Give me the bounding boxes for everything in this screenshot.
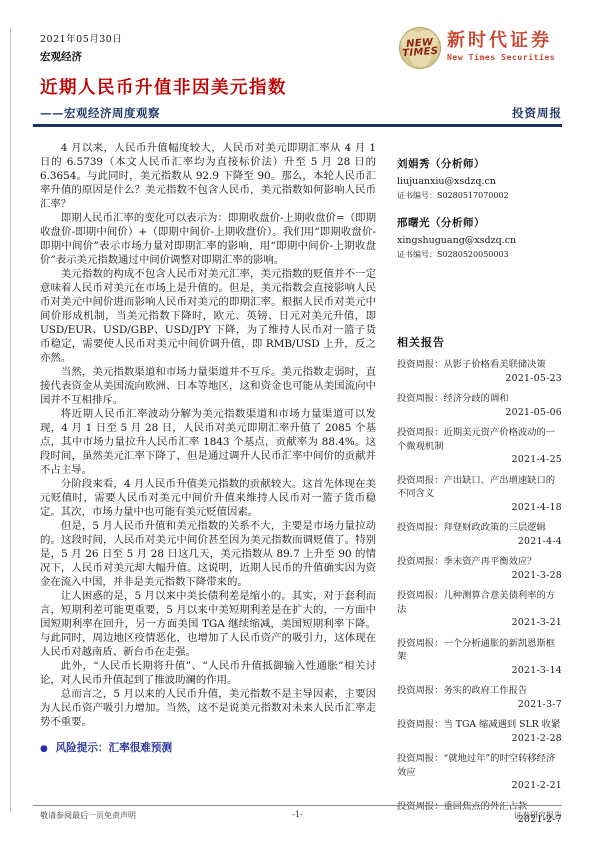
logo-name-en: New Times Securities	[447, 53, 555, 62]
related-report-date: 2021-05-06	[397, 406, 562, 420]
body-paragraph: 当然，美元指数渠道和市场力量渠道并不互斥。美元指数走弱时，直接代表资金从美国流向…	[40, 365, 376, 407]
report-body: 4 月以来，人民币升值幅度较大，人民币对美元即期汇率从 4 月 1 日的 6.5…	[40, 141, 376, 755]
company-logo: NEW TIMES 新时代证券 New Times Securities	[399, 27, 555, 69]
body-paragraph: 美元指数的构成不包含人民币对美元汇率，美元指数的贬值并不一定意味着人民币对美元在…	[40, 267, 376, 365]
related-report-title: 投资周报：务实的政府工作报告	[397, 684, 562, 698]
related-report-date: 2021-4-4	[397, 535, 562, 549]
related-report-title: 投资周报：一个分析通胀的新凯恩斯框架	[397, 637, 562, 664]
logo-name-cn: 新时代证券	[447, 31, 555, 51]
related-report-title: 投资周报：“就地过年”的时空转移经济效应	[397, 752, 562, 779]
analyst-cert-number: 证书编号：S0280517070002	[397, 190, 562, 201]
related-report-item: 投资周报：几种测算合意美债利率的方法 2021-3-21	[397, 589, 562, 630]
related-report-date: 2021-2-21	[397, 779, 562, 793]
header-divider	[33, 124, 562, 127]
related-report-date: 2021-3-28	[397, 569, 562, 583]
related-report-title: 投资周报：当 TGA 缩减遇到 SLR 收紧	[397, 718, 562, 732]
related-report-item: 投资周报：从影子价格看美联储决策 2021-05-23	[397, 358, 562, 385]
related-report-title: 投资周报：经济分歧的调和	[397, 392, 562, 406]
analyst-email[interactable]: liujuanxiu@xsdzq.cn	[397, 176, 562, 187]
new-times-badge-icon: NEW TIMES	[398, 26, 443, 71]
footer-divider	[33, 805, 562, 806]
related-report-item: 投资周报：“就地过年”的时空转移经济效应 2021-2-21	[397, 752, 562, 793]
related-report-date: 2021-3-14	[397, 664, 562, 678]
related-reports-heading: 相关报告	[397, 334, 562, 350]
related-report-item: 投资周报：产出缺口、产出增速缺口的不同含义 2021-4-18	[397, 474, 562, 515]
page-left-border	[10, 28, 11, 812]
related-report-item: 投资周报：拜登财政政策的三层逻辑 2021-4-4	[397, 521, 562, 548]
related-report-item: 投资周报：当 TGA 缩减遇到 SLR 收紧 2021-2-28	[397, 718, 562, 745]
related-report-item: 投资周报：近期美元资产价格波动的一个微观机制 2021-4-25	[397, 426, 562, 467]
footer-report-type: 证券研究报告	[514, 810, 562, 821]
badge-text-line2: TIMES	[402, 47, 439, 58]
related-report-date: 2021-05-23	[397, 372, 562, 386]
subtitle-row: ——宏观经济周度观察 投资周报	[40, 105, 562, 121]
related-report-date: 2021-2-28	[397, 732, 562, 746]
analyst-name: 邢曙光（分析师）	[397, 215, 562, 230]
related-reports-section: 相关报告 投资周报：从影子价格看美联储决策 2021-05-23 投资周报：经济…	[397, 334, 562, 827]
related-report-title: 投资周报：拜登财政政策的三层逻辑	[397, 521, 562, 535]
related-report-date: 2021-4-25	[397, 453, 562, 467]
related-report-date: 2021-3-7	[397, 698, 562, 712]
risk-note-text: 风险提示：汇率很难预测	[56, 742, 173, 754]
related-report-title: 投资周报：近期美元资产价格波动的一个微观机制	[397, 426, 562, 453]
report-type-label: 投资周报	[512, 105, 562, 121]
related-report-title: 投资周报：从影子价格看美联储决策	[397, 358, 562, 372]
report-sidebar: 刘娟秀（分析师） liujuanxiu@xsdzq.cn 证书编号：S02805…	[397, 156, 562, 834]
report-page: 2021年05月30日 宏观经济 NEW TIMES 新时代证券 New Tim…	[0, 0, 595, 842]
related-report-title: 投资周报：产出缺口、产出增速缺口的不同含义	[397, 474, 562, 501]
risk-note: ● 风险提示：汇率很难预测	[40, 740, 376, 755]
body-paragraph: 让人困惑的是，5 月以来中美长债利差是缩小的。其实，对于套利而言，短期利差可能更…	[40, 589, 376, 659]
report-title: 近期人民币升值非因美元指数	[40, 74, 287, 99]
body-paragraph: 但是，5 月人民币升值和美元指数的关系不大，主要是市场力量拉动的。这段时间，人民…	[40, 519, 376, 589]
related-report-title: 投资周报：几种测算合意美债利率的方法	[397, 589, 562, 616]
analyst-cert-number: 证书编号：S0280520050003	[397, 249, 562, 260]
related-reports-list: 投资周报：从影子价格看美联储决策 2021-05-23 投资周报：经济分歧的调和…	[397, 358, 562, 827]
report-date: 2021年05月30日	[40, 31, 122, 45]
body-paragraph: 将近期人民币汇率波动分解为美元指数渠道和市场力量渠道可以发现，4 月 1 日至 …	[40, 407, 376, 477]
analyst-block: 邢曙光（分析师） xingshuguang@xsdzq.cn 证书编号：S028…	[397, 215, 562, 260]
related-report-date: 2021-4-18	[397, 501, 562, 515]
analyst-email[interactable]: xingshuguang@xsdzq.cn	[397, 235, 562, 246]
analyst-name: 刘娟秀（分析师）	[397, 156, 562, 171]
body-paragraph: 4 月以来，人民币升值幅度较大，人民币对美元即期汇率从 4 月 1 日的 6.5…	[40, 141, 376, 211]
related-report-item: 投资周报：经济分歧的调和 2021-05-06	[397, 392, 562, 419]
related-report-item: 投资周报：一个分析通胀的新凯恩斯框架 2021-3-14	[397, 637, 562, 678]
body-paragraph: 即期人民币汇率的变化可以表示为：即期收盘价-上期收盘价=（即期收盘价-即期中间价…	[40, 211, 376, 267]
report-category: 宏观经济	[40, 49, 82, 64]
body-paragraph: 此外，“人民币长期将升值”、“人民币升值抵御输入性通胀”相关讨论，对人民币升值起…	[40, 659, 376, 687]
report-subtitle: ——宏观经济周度观察	[40, 105, 160, 121]
related-report-date: 2021-3-21	[397, 616, 562, 630]
body-paragraphs: 4 月以来，人民币升值幅度较大，人民币对美元即期汇率从 4 月 1 日的 6.5…	[40, 141, 376, 729]
analyst-block: 刘娟秀（分析师） liujuanxiu@xsdzq.cn 证书编号：S02805…	[397, 156, 562, 201]
related-report-title: 投资周报：季末资产再平衡效应？	[397, 555, 562, 569]
page-number: -1-	[0, 810, 595, 819]
body-paragraph: 总而言之，5 月以来的人民币升值，美元指数不是主导因素，主要因为人民币资产吸引力…	[40, 687, 376, 729]
body-paragraph: 分阶段来看，4 月人民币升值美元指数的贡献较大。这首先体现在美元贬值时，需要人民…	[40, 477, 376, 519]
related-report-item: 投资周报：务实的政府工作报告 2021-3-7	[397, 684, 562, 711]
related-report-item: 投资周报：季末资产再平衡效应？ 2021-3-28	[397, 555, 562, 582]
logo-wordmark: 新时代证券 New Times Securities	[447, 27, 555, 62]
bullet-icon: ●	[40, 744, 48, 754]
